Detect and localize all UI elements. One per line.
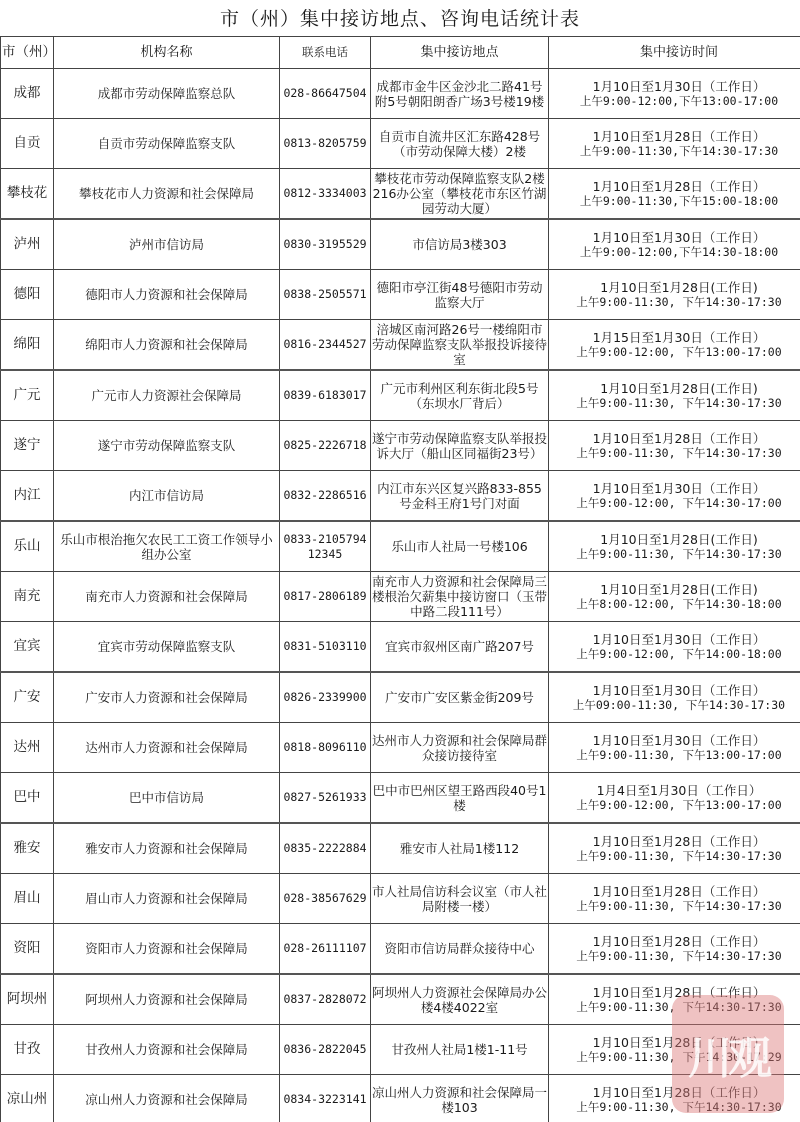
cell-city: 遂宁 bbox=[1, 421, 54, 471]
cell-org: 成都市劳动保障监察总队 bbox=[54, 69, 280, 119]
cell-address: 宜宾市叙州区南广路207号 bbox=[371, 622, 549, 673]
time-dates: 1月10日至1月30日（工作日） bbox=[550, 632, 800, 647]
page-title: 市（州）集中接访地点、咨询电话统计表 bbox=[0, 0, 800, 36]
cell-city: 攀枝花 bbox=[1, 169, 54, 220]
cell-org: 资阳市人力资源和社会保障局 bbox=[54, 924, 280, 975]
cell-time: 1月10日至1月28日(工作日)上午9:00-11:30, 下午14:30-17… bbox=[549, 270, 800, 320]
cell-city: 阿坝州 bbox=[1, 974, 54, 1025]
cell-phone: 0838-2505571 bbox=[280, 270, 371, 320]
cell-time: 1月10日至1月30日（工作日）上午9:00-12:00, 下午14:30-17… bbox=[549, 471, 800, 522]
time-hours: 上午9:00-11:30, 下午13:00-17:00 bbox=[550, 748, 800, 763]
cell-phone: 0813-8205759 bbox=[280, 119, 371, 169]
cell-city: 内江 bbox=[1, 471, 54, 522]
cell-time: 1月10日至1月30日（工作日）上午9:00-12:00,下午13:00-17:… bbox=[549, 69, 800, 119]
time-dates: 1月10日至1月30日（工作日） bbox=[550, 733, 800, 748]
cell-phone: 0827-5261933 bbox=[280, 773, 371, 824]
cell-address: 甘孜州人社局1楼1-11号 bbox=[371, 1025, 549, 1075]
cell-time: 1月10日至1月30日（工作日）上午9:00-12:00, 下午14:00-18… bbox=[549, 622, 800, 673]
cell-time: 1月10日至1月28日（工作日）上午9:00-11:30, 下午14:30-17… bbox=[549, 823, 800, 874]
time-hours: 上午9:00-12:00,下午13:00-17:00 bbox=[550, 94, 800, 109]
time-dates: 1月10日至1月30日（工作日） bbox=[550, 230, 800, 245]
table-row: 广安广安市人力资源和社会保障局0826-2339900广安市广安区紫金街209号… bbox=[1, 672, 800, 723]
time-dates: 1月10日至1月28日(工作日) bbox=[550, 582, 800, 597]
time-hours: 上午9:00-11:30, 下午14:30-17:30 bbox=[550, 849, 800, 864]
time-dates: 1月10日至1月30日（工作日） bbox=[550, 79, 800, 94]
table-row: 南充南充市人力资源和社会保障局0817-2806189南充市人力资源和社会保障局… bbox=[1, 572, 800, 622]
time-hours: 上午9:00-11:30,下午14:30-17:30 bbox=[550, 144, 800, 159]
time-hours: 上午9:00-12:00, 下午14:30-17:00 bbox=[550, 496, 800, 511]
cell-org: 自贡市劳动保障监察支队 bbox=[54, 119, 280, 169]
time-dates: 1月10日至1月28日（工作日） bbox=[550, 179, 800, 194]
cell-city: 宜宾 bbox=[1, 622, 54, 673]
time-dates: 1月10日至1月28日（工作日） bbox=[550, 129, 800, 144]
cell-time: 1月10日至1月30日（工作日）上午9:00-12:00,下午14:30-18:… bbox=[549, 219, 800, 270]
header-org: 机构名称 bbox=[54, 37, 280, 69]
cell-address: 成都市金牛区金沙北二路41号附5号朝阳朗香广场3号楼19楼 bbox=[371, 69, 549, 119]
cell-phone: 0817-2806189 bbox=[280, 572, 371, 622]
table-row: 达州达州市人力资源和社会保障局0818-8096110达州市人力资源和社会保障局… bbox=[1, 723, 800, 773]
cell-phone: 0818-8096110 bbox=[280, 723, 371, 773]
table-row: 广元广元市人力资源社会保障局0839-6183017广元市利州区利东街北段5号（… bbox=[1, 370, 800, 421]
cell-address: 涪城区南河路26号一楼绵阳市劳动保障监察支队举报投诉接待室 bbox=[371, 320, 549, 371]
time-dates: 1月10日至1月28日（工作日） bbox=[550, 884, 800, 899]
cell-address: 达州市人力资源和社会保障局群众接访接待室 bbox=[371, 723, 549, 773]
cell-time: 1月10日至1月28日（工作日）上午9:00-11:30, 下午14:30-17… bbox=[549, 421, 800, 471]
table-row: 乐山乐山市根治拖欠农民工工资工作领导小组办公室0833-2105794 1234… bbox=[1, 521, 800, 572]
table-row: 资阳资阳市人力资源和社会保障局028-26111107资阳市信访局群众接待中心1… bbox=[1, 924, 800, 975]
cell-city: 巴中 bbox=[1, 773, 54, 824]
table-row: 雅安雅安市人力资源和社会保障局0835-2222884雅安市人社局1楼1121月… bbox=[1, 823, 800, 874]
cell-address: 攀枝花市劳动保障监察支队2楼216办公室（攀枝花市东区竹湖园劳动大厦） bbox=[371, 169, 549, 220]
header-phone: 联系电话 bbox=[280, 37, 371, 69]
cell-city: 达州 bbox=[1, 723, 54, 773]
cell-org: 眉山市人力资源和社会保障局 bbox=[54, 874, 280, 924]
cell-city: 雅安 bbox=[1, 823, 54, 874]
header-time: 集中接访时间 bbox=[549, 37, 800, 69]
cell-org: 宜宾市劳动保障监察支队 bbox=[54, 622, 280, 673]
cell-city: 绵阳 bbox=[1, 320, 54, 371]
cell-address: 遂宁市劳动保障监察支队举报投诉大厅（船山区同福街23号） bbox=[371, 421, 549, 471]
cell-time: 1月10日至1月28日（工作日）上午9:00-11:30, 下午14:30-17… bbox=[549, 874, 800, 924]
cell-address: 乐山市人社局一号楼106 bbox=[371, 521, 549, 572]
cell-org: 攀枝花市人力资源和社会保障局 bbox=[54, 169, 280, 220]
cell-address: 资阳市信访局群众接待中心 bbox=[371, 924, 549, 975]
cell-org: 达州市人力资源和社会保障局 bbox=[54, 723, 280, 773]
stats-table: 市（州） 机构名称 联系电话 集中接访地点 集中接访时间 成都成都市劳动保障监察… bbox=[0, 36, 800, 1122]
time-dates: 1月4日至1月30日（工作日） bbox=[550, 783, 800, 798]
time-hours: 上午9:00-11:30,下午15:00-18:00 bbox=[550, 194, 800, 209]
time-hours: 上午9:00-11:30, 下午14:30-17:30 bbox=[550, 1100, 800, 1115]
cell-phone: 0812-3334003 bbox=[280, 169, 371, 220]
cell-address: 内江市东兴区复兴路833-855号金科王府1号门对面 bbox=[371, 471, 549, 522]
cell-org: 广元市人力资源社会保障局 bbox=[54, 370, 280, 421]
cell-phone: 028-26111107 bbox=[280, 924, 371, 975]
time-hours: 上午9:00-11:30, 下午14:30-17:30 bbox=[550, 547, 800, 562]
time-dates: 1月10日至1月28日(工作日) bbox=[550, 280, 800, 295]
cell-org: 德阳市人力资源和社会保障局 bbox=[54, 270, 280, 320]
cell-city: 德阳 bbox=[1, 270, 54, 320]
cell-city: 乐山 bbox=[1, 521, 54, 572]
cell-org: 南充市人力资源和社会保障局 bbox=[54, 572, 280, 622]
table-row: 凉山州凉山州人力资源和社会保障局0834-3223141凉山州人力资源和社会保障… bbox=[1, 1075, 800, 1122]
cell-phone: 0825-2226718 bbox=[280, 421, 371, 471]
cell-time: 1月10日至1月28日（工作日）上午9:00-11:30,下午14:30-17:… bbox=[549, 119, 800, 169]
cell-phone: 0833-2105794 12345 bbox=[280, 521, 371, 572]
table-row: 自贡自贡市劳动保障监察支队0813-8205759自贡市自流井区汇东路428号（… bbox=[1, 119, 800, 169]
cell-address: 南充市人力资源和社会保障局三楼根治欠薪集中接访窗口（玉带中路二段111号） bbox=[371, 572, 549, 622]
time-dates: 1月15日至1月30日（工作日） bbox=[550, 330, 800, 345]
cell-org: 泸州市信访局 bbox=[54, 219, 280, 270]
table-row: 攀枝花攀枝花市人力资源和社会保障局0812-3334003攀枝花市劳动保障监察支… bbox=[1, 169, 800, 220]
cell-city: 凉山州 bbox=[1, 1075, 54, 1122]
time-hours: 上午9:00-12:00, 下午13:00-17:00 bbox=[550, 798, 800, 813]
cell-city: 眉山 bbox=[1, 874, 54, 924]
cell-address: 广安市广安区紫金街209号 bbox=[371, 672, 549, 723]
time-hours: 上午09:00-11:30, 下午14:30-17:30 bbox=[550, 698, 800, 713]
time-hours: 上午9:00-11:30, 下午14:30-17:30 bbox=[550, 949, 800, 964]
cell-org: 广安市人力资源和社会保障局 bbox=[54, 672, 280, 723]
cell-phone: 0834-3223141 bbox=[280, 1075, 371, 1122]
cell-org: 巴中市信访局 bbox=[54, 773, 280, 824]
cell-city: 甘孜 bbox=[1, 1025, 54, 1075]
time-dates: 1月10日至1月28日（工作日） bbox=[550, 834, 800, 849]
cell-time: 1月10日至1月28日（工作日）上午9:00-11:30, 下午14:30-17… bbox=[549, 974, 800, 1025]
table-body: 成都成都市劳动保障监察总队028-86647504成都市金牛区金沙北二路41号附… bbox=[1, 69, 800, 1122]
cell-phone: 0826-2339900 bbox=[280, 672, 371, 723]
header-city: 市（州） bbox=[1, 37, 54, 69]
cell-address: 雅安市人社局1楼112 bbox=[371, 823, 549, 874]
cell-time: 1月10日至1月30日（工作日）上午09:00-11:30, 下午14:30-1… bbox=[549, 672, 800, 723]
cell-time: 1月10日至1月28日（工作日）上午9:00-11:30, 下午14:30-17… bbox=[549, 1075, 800, 1122]
table-row: 内江内江市信访局0832-2286516内江市东兴区复兴路833-855号金科王… bbox=[1, 471, 800, 522]
cell-phone: 028-38567629 bbox=[280, 874, 371, 924]
cell-city: 泸州 bbox=[1, 219, 54, 270]
time-hours: 上午9:00-11:30, 下午14:30-17:30 bbox=[550, 899, 800, 914]
cell-org: 遂宁市劳动保障监察支队 bbox=[54, 421, 280, 471]
cell-address: 广元市利州区利东街北段5号（东坝水厂背后） bbox=[371, 370, 549, 421]
cell-city: 广元 bbox=[1, 370, 54, 421]
cell-org: 绵阳市人力资源和社会保障局 bbox=[54, 320, 280, 371]
cell-address: 德阳市亭江街48号德阳市劳动监察大厅 bbox=[371, 270, 549, 320]
cell-phone: 0835-2222884 bbox=[280, 823, 371, 874]
cell-phone: 0816-2344527 bbox=[280, 320, 371, 371]
time-dates: 1月10日至1月28日（工作日） bbox=[550, 934, 800, 949]
cell-city: 南充 bbox=[1, 572, 54, 622]
cell-address: 凉山州人力资源和社会保障局一楼103 bbox=[371, 1075, 549, 1122]
table-row: 绵阳绵阳市人力资源和社会保障局0816-2344527涪城区南河路26号一楼绵阳… bbox=[1, 320, 800, 371]
time-hours: 上午9:00-12:00, 下午13:00-17:00 bbox=[550, 345, 800, 360]
time-hours: 上午9:00-11:30, 下午14:30-17:30 bbox=[550, 1000, 800, 1015]
time-dates: 1月10日至1月28日（工作日） bbox=[550, 985, 800, 1000]
time-hours: 上午9:00-11:30, 下午14:30-17:30 bbox=[550, 396, 800, 411]
cell-phone: 0831-5103110 bbox=[280, 622, 371, 673]
cell-city: 自贡 bbox=[1, 119, 54, 169]
table-row: 眉山眉山市人力资源和社会保障局028-38567629市人社局信访科会议室（市人… bbox=[1, 874, 800, 924]
cell-address: 巴中市巴州区望王路西段40号1楼 bbox=[371, 773, 549, 824]
time-dates: 1月10日至1月30日（工作日） bbox=[550, 683, 800, 698]
cell-org: 雅安市人力资源和社会保障局 bbox=[54, 823, 280, 874]
cell-phone: 0839-6183017 bbox=[280, 370, 371, 421]
cell-time: 1月10日至1月28日（工作日）上午9:00-11:30,下午15:00-18:… bbox=[549, 169, 800, 220]
header-address: 集中接访地点 bbox=[371, 37, 549, 69]
cell-time: 1月10日至1月28日（工作日）上午9:00-11:30, 下午14:30-17… bbox=[549, 1025, 800, 1075]
time-dates: 1月10日至1月28日（工作日） bbox=[550, 1085, 800, 1100]
cell-time: 1月15日至1月30日（工作日）上午9:00-12:00, 下午13:00-17… bbox=[549, 320, 800, 371]
cell-phone: 0830-3195529 bbox=[280, 219, 371, 270]
table-row: 泸州泸州市信访局0830-3195529市信访局3楼3031月10日至1月30日… bbox=[1, 219, 800, 270]
table-row: 巴中巴中市信访局0827-5261933巴中市巴州区望王路西段40号1楼1月4日… bbox=[1, 773, 800, 824]
time-dates: 1月10日至1月30日（工作日） bbox=[550, 481, 800, 496]
table-row: 德阳德阳市人力资源和社会保障局0838-2505571德阳市亭江街48号德阳市劳… bbox=[1, 270, 800, 320]
table-header-row: 市（州） 机构名称 联系电话 集中接访地点 集中接访时间 bbox=[1, 37, 800, 69]
table-row: 遂宁遂宁市劳动保障监察支队0825-2226718遂宁市劳动保障监察支队举报投诉… bbox=[1, 421, 800, 471]
time-hours: 上午8:00-12:00, 下午14:30-18:00 bbox=[550, 597, 800, 612]
cell-org: 乐山市根治拖欠农民工工资工作领导小组办公室 bbox=[54, 521, 280, 572]
cell-phone: 0837-2828072 bbox=[280, 974, 371, 1025]
table-row: 宜宾宜宾市劳动保障监察支队0831-5103110宜宾市叙州区南广路207号1月… bbox=[1, 622, 800, 673]
table-row: 甘孜甘孜州人力资源和社会保障局0836-2822045甘孜州人社局1楼1-11号… bbox=[1, 1025, 800, 1075]
cell-city: 资阳 bbox=[1, 924, 54, 975]
table-row: 阿坝州阿坝州人力资源和社会保障局0837-2828072阿坝州人力资源社会保障局… bbox=[1, 974, 800, 1025]
time-dates: 1月10日至1月28日（工作日） bbox=[550, 1035, 800, 1050]
cell-address: 阿坝州人力资源社会保障局办公楼4楼4022室 bbox=[371, 974, 549, 1025]
cell-org: 凉山州人力资源和社会保障局 bbox=[54, 1075, 280, 1122]
time-dates: 1月10日至1月28日（工作日） bbox=[550, 431, 800, 446]
cell-time: 1月10日至1月30日（工作日）上午9:00-11:30, 下午13:00-17… bbox=[549, 723, 800, 773]
cell-org: 甘孜州人力资源和社会保障局 bbox=[54, 1025, 280, 1075]
time-dates: 1月10日至1月28日(工作日) bbox=[550, 381, 800, 396]
time-hours: 上午9:00-12:00, 下午14:00-18:00 bbox=[550, 647, 800, 662]
time-hours: 上午9:00-11:30, 下午14:30-17:30 bbox=[550, 446, 800, 461]
cell-phone: 028-86647504 bbox=[280, 69, 371, 119]
cell-time: 1月10日至1月28日(工作日)上午9:00-11:30, 下午14:30-17… bbox=[549, 521, 800, 572]
cell-phone: 0832-2286516 bbox=[280, 471, 371, 522]
cell-time: 1月10日至1月28日（工作日）上午9:00-11:30, 下午14:30-17… bbox=[549, 924, 800, 975]
cell-org: 内江市信访局 bbox=[54, 471, 280, 522]
cell-time: 1月10日至1月28日(工作日)上午8:00-12:00, 下午14:30-18… bbox=[549, 572, 800, 622]
cell-city: 成都 bbox=[1, 69, 54, 119]
cell-phone: 0836-2822045 bbox=[280, 1025, 371, 1075]
table-row: 成都成都市劳动保障监察总队028-86647504成都市金牛区金沙北二路41号附… bbox=[1, 69, 800, 119]
time-hours: 上午9:00-12:00,下午14:30-18:00 bbox=[550, 245, 800, 260]
cell-time: 1月4日至1月30日（工作日）上午9:00-12:00, 下午13:00-17:… bbox=[549, 773, 800, 824]
cell-time: 1月10日至1月28日(工作日)上午9:00-11:30, 下午14:30-17… bbox=[549, 370, 800, 421]
time-hours: 上午9:00-11:30, 下午14:30-17:29 bbox=[550, 1050, 800, 1065]
cell-address: 市人社局信访科会议室（市人社局附楼一楼） bbox=[371, 874, 549, 924]
cell-address: 自贡市自流井区汇东路428号（市劳动保障大楼）2楼 bbox=[371, 119, 549, 169]
time-hours: 上午9:00-11:30, 下午14:30-17:30 bbox=[550, 295, 800, 310]
time-dates: 1月10日至1月28日(工作日) bbox=[550, 532, 800, 547]
cell-org: 阿坝州人力资源和社会保障局 bbox=[54, 974, 280, 1025]
cell-address: 市信访局3楼303 bbox=[371, 219, 549, 270]
cell-city: 广安 bbox=[1, 672, 54, 723]
